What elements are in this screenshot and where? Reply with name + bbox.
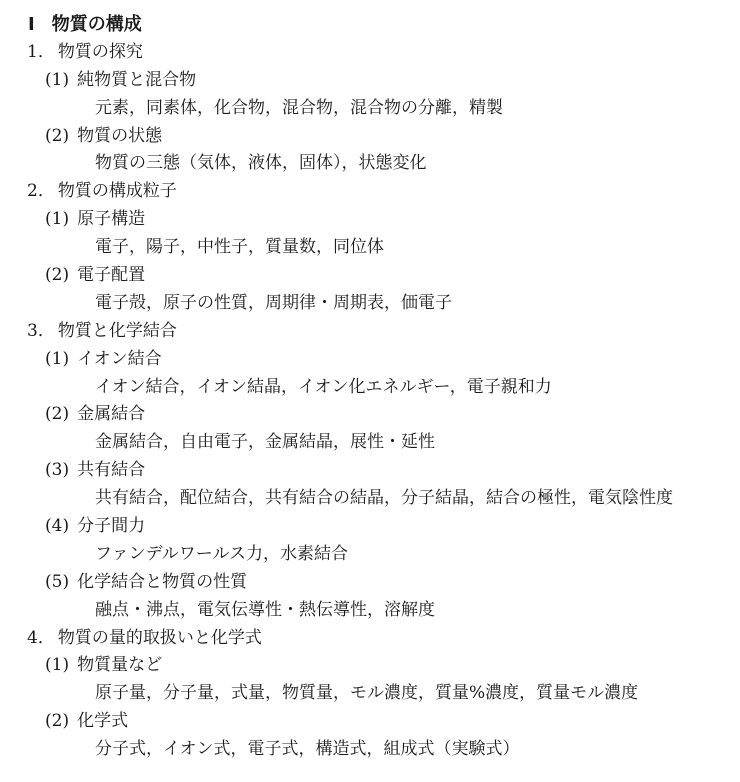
subsection-heading-3-4: (4)分子間力 (0, 513, 740, 541)
subsection-heading-2-1: (1)原子構造 (0, 206, 740, 234)
section-heading-3: 3．物質と化学結合 (0, 318, 740, 346)
subsection-number: (2) (45, 265, 69, 285)
subsection-number: (1) (45, 209, 69, 229)
section-number: 2． (27, 181, 55, 201)
document-title: Ⅰ物質の構成 (0, 11, 740, 39)
subsection-title: 化学結合と物質の性質 (77, 572, 247, 592)
subsection-heading-4-1: (1)物質量など (0, 652, 740, 680)
subsection-heading-3-5: (5)化学結合と物質の性質 (0, 569, 740, 597)
subsection-heading-3-1: (1)イオン結合 (0, 346, 740, 374)
subsection-title: 原子構造 (77, 209, 145, 229)
section-title: 物質の構成粒子 (58, 181, 177, 201)
section-number: 3． (27, 321, 55, 341)
subsection-title: イオン結合 (77, 349, 162, 369)
subsection-title: 共有結合 (77, 460, 145, 480)
subsection-title: 金属結合 (77, 404, 145, 424)
subsection-heading-2-2: (2)電子配置 (0, 262, 740, 290)
section-heading-4: 4．物質の量的取扱いと化学式 (0, 625, 740, 653)
keyword-line-1-2: 物質の三態（気体，液体，固体），状態変化 (0, 150, 740, 178)
keyword-line-3-3: 共有結合，配位結合，共有結合の結晶，分子結晶，結合の極性，電気陰性度 (0, 485, 740, 513)
section-number: 4． (27, 628, 55, 648)
keyword-line-4-2: 分子式，イオン式，電子式，構造式，組成式（実験式） (0, 736, 740, 764)
subsection-number: (2) (45, 404, 69, 424)
subsection-title: 分子間力 (77, 516, 145, 536)
section-title: 物質と化学結合 (58, 321, 177, 341)
subsection-heading-3-3: (3)共有結合 (0, 457, 740, 485)
subsection-title: 電子配置 (77, 265, 145, 285)
keyword-line-3-1: イオン結合，イオン結晶，イオン化エネルギー，電子親和力 (0, 374, 740, 402)
subsection-number: (1) (45, 70, 69, 90)
subsection-number: (5) (45, 572, 69, 592)
section-heading-1: 1．物質の探究 (0, 39, 740, 67)
keyword-line-2-1: 電子，陽子，中性子，質量数，同位体 (0, 234, 740, 262)
subsection-heading-1-1: (1)純物質と混合物 (0, 67, 740, 95)
subsection-heading-3-2: (2)金属結合 (0, 401, 740, 429)
subsection-number: (3) (45, 460, 69, 480)
keyword-line-2-2: 電子殻，原子の性質，周期律・周期表，価電子 (0, 290, 740, 318)
section-title: 物質の探究 (58, 42, 143, 62)
subsection-number: (2) (45, 126, 69, 146)
subsection-heading-4-2: (2)化学式 (0, 708, 740, 736)
section-title: 物質の量的取扱いと化学式 (58, 628, 262, 648)
keyword-line-4-1: 原子量，分子量，式量，物質量，モル濃度，質量%濃度，質量モル濃度 (0, 680, 740, 708)
section-number: 1． (27, 42, 55, 62)
subsection-number: (2) (45, 711, 69, 731)
subsection-number: (4) (45, 516, 69, 536)
subsection-title: 化学式 (77, 711, 128, 731)
title-roman-numeral: Ⅰ (28, 14, 35, 35)
subsection-title: 純物質と混合物 (77, 70, 196, 90)
keyword-line-3-2: 金属結合，自由電子，金属結晶，展性・延性 (0, 429, 740, 457)
title-text: 物質の構成 (52, 14, 142, 35)
keyword-line-1-1: 元素，同素体，化合物，混合物，混合物の分離，精製 (0, 95, 740, 123)
subsection-title: 物質の状態 (77, 126, 162, 146)
subsection-title: 物質量など (77, 655, 162, 675)
subsection-heading-1-2: (2)物質の状態 (0, 123, 740, 151)
subsection-number: (1) (45, 655, 69, 675)
section-heading-2: 2．物質の構成粒子 (0, 178, 740, 206)
keyword-line-3-4: ファンデルワールス力，水素結合 (0, 541, 740, 569)
document-page: Ⅰ物質の構成 1．物質の探究 (1)純物質と混合物 元素，同素体，化合物，混合物… (0, 0, 740, 764)
keyword-line-3-5: 融点・沸点，電気伝導性・熱伝導性，溶解度 (0, 597, 740, 625)
subsection-number: (1) (45, 349, 69, 369)
